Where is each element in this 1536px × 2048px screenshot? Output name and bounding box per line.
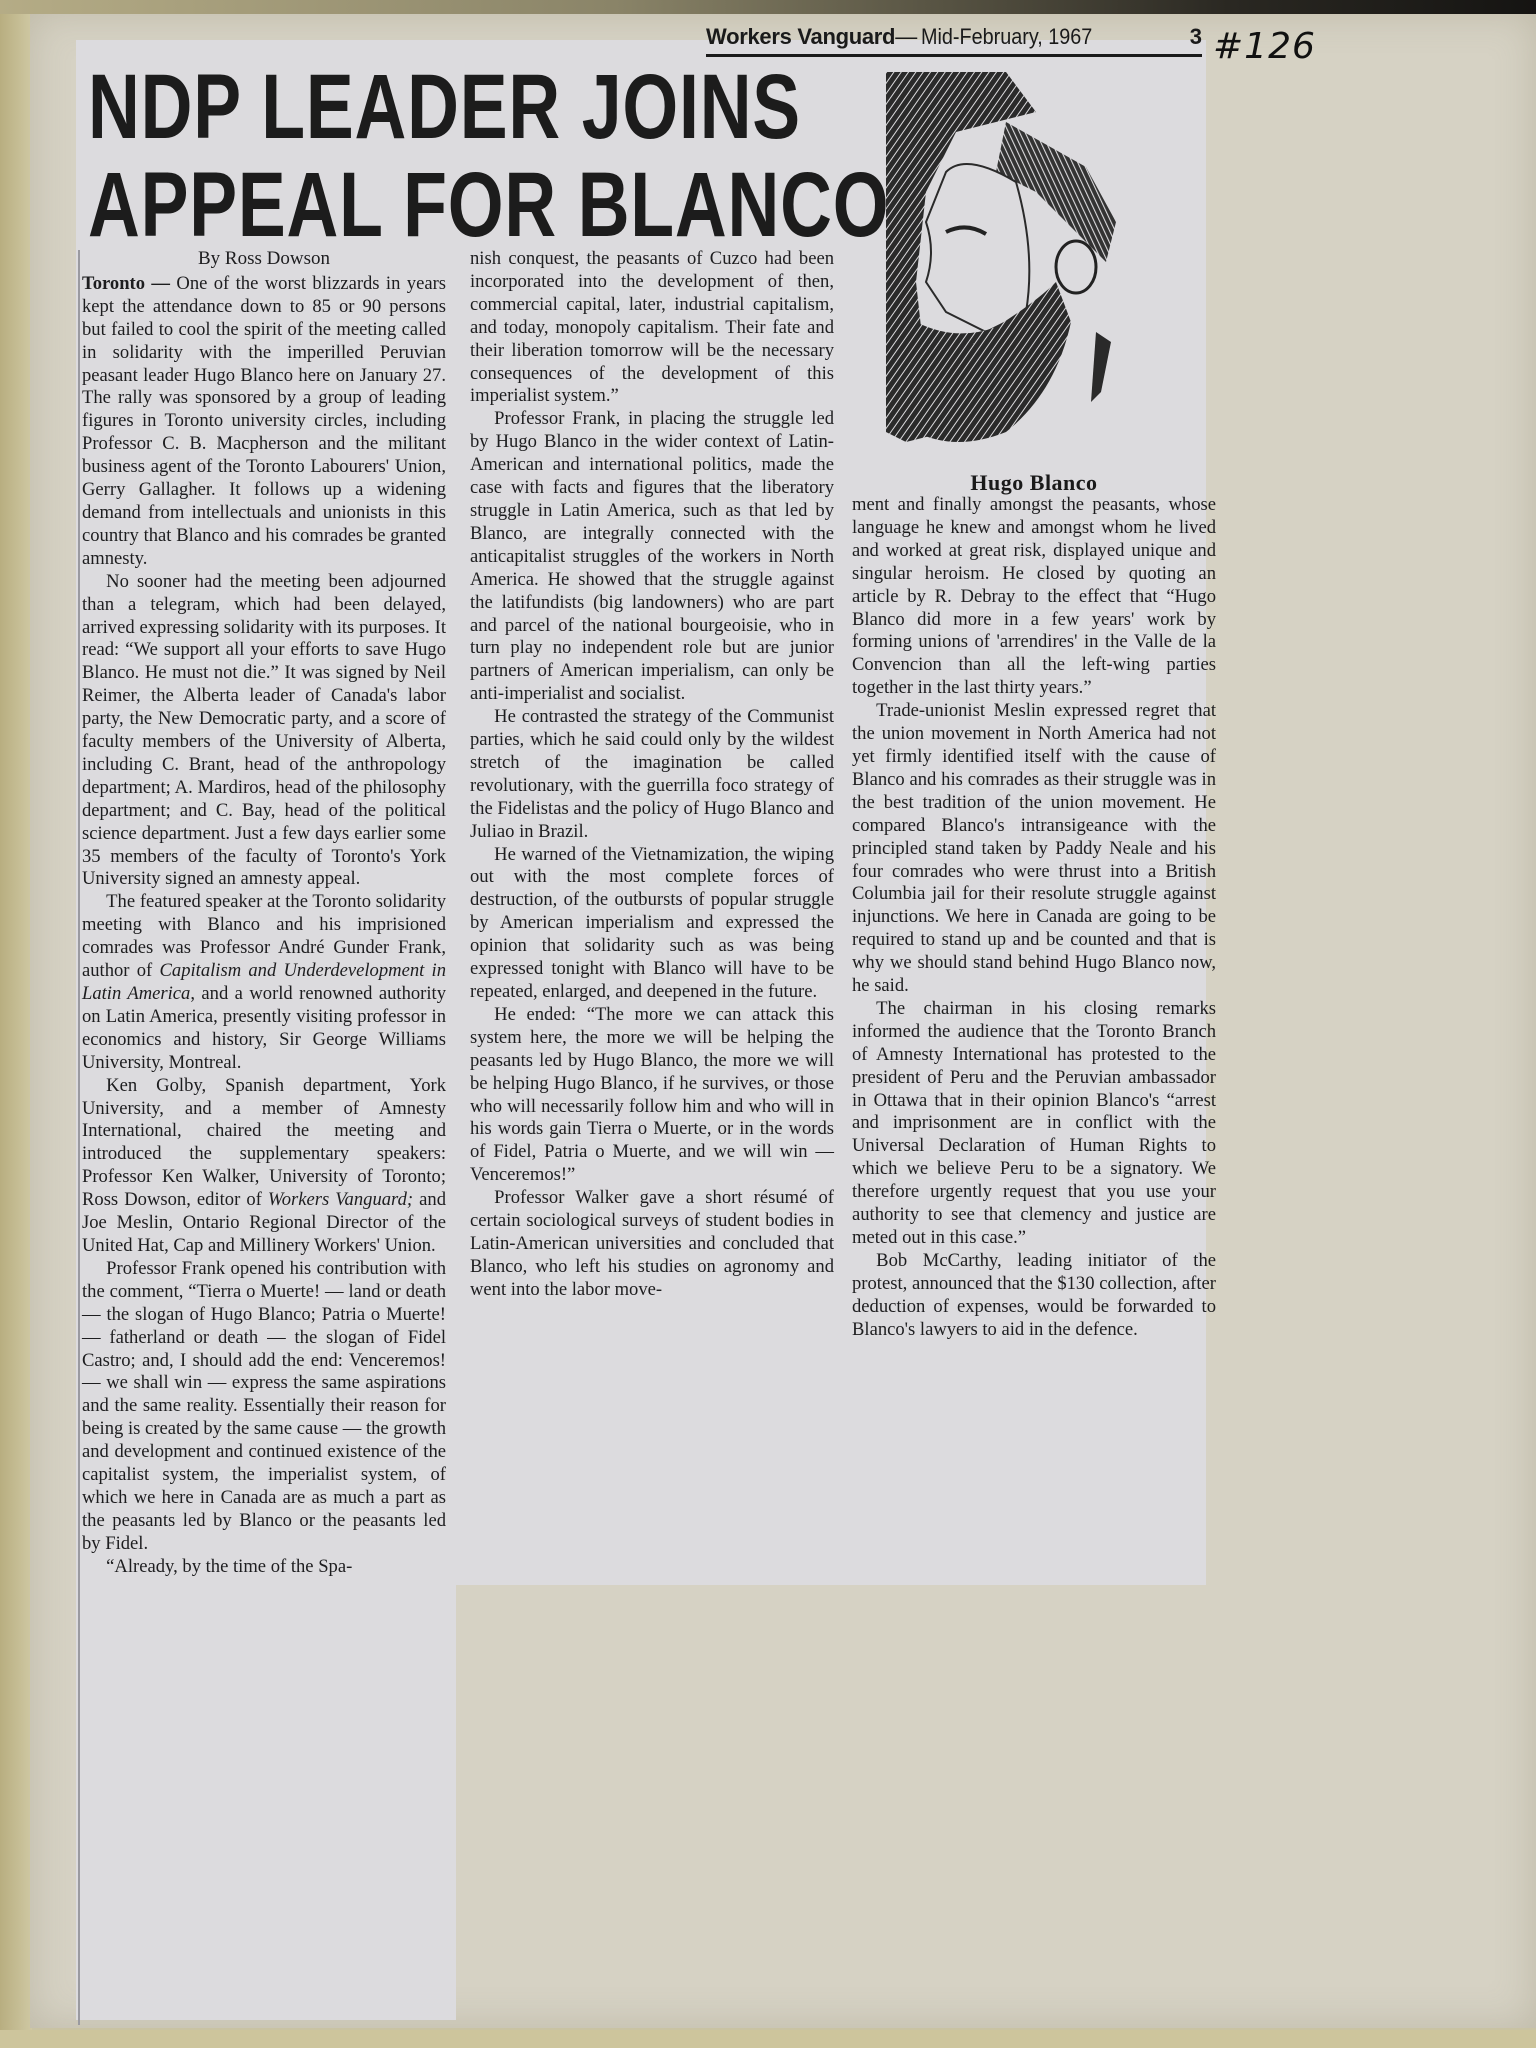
paragraph: The featured speaker at the Toronto soli… xyxy=(82,891,446,1074)
paragraph: He warned of the Vietnamization, the wip… xyxy=(470,844,834,1004)
paragraph: Trade-unionist Meslin expressed regret t… xyxy=(852,700,1216,998)
paragraph: The chairman in his closing remarks info… xyxy=(852,998,1216,1250)
paragraph: “Already, by the time of the Spa- xyxy=(82,1556,446,1579)
paragraph: He ended: “The more we can attack this s… xyxy=(470,1004,834,1187)
paragraph: Bob McCarthy, leading initiator of the p… xyxy=(852,1250,1216,1342)
newspaper-clipping-lower xyxy=(76,1585,456,2020)
paragraph: Professor Frank, in placing the struggle… xyxy=(470,408,834,706)
article-column-3: ment and finally amongst the peasants, w… xyxy=(852,494,1216,1342)
bottom-board-edge xyxy=(0,2030,1536,2048)
portrait-sketch-icon xyxy=(886,72,1130,470)
headline-line-2: APPEAL FOR BLANCO xyxy=(88,156,681,254)
paragraph: Professor Frank opened his contribution … xyxy=(82,1258,446,1556)
paragraph: He contrasted the strategy of the Commun… xyxy=(470,706,834,843)
top-shadow-edge xyxy=(0,0,1536,14)
masthead: Workers Vanguard — Mid-February, 1967 3 xyxy=(706,24,1202,57)
handwritten-annotation: #126 xyxy=(1213,26,1316,67)
dateline: Toronto — xyxy=(82,273,170,294)
masthead-separator: — xyxy=(895,24,917,50)
portrait-photo xyxy=(886,72,1130,470)
article-column-1: By Ross Dowson Toronto — One of the wors… xyxy=(82,248,446,1579)
issue-date: Mid-February, 1967 xyxy=(921,24,1092,50)
clipping-left-edge xyxy=(78,250,80,2025)
headline: NDP LEADER JOINS APPEAL FOR BLANCO xyxy=(88,58,681,254)
byline: By Ross Dowson xyxy=(82,248,446,271)
paragraph: nish conquest, the peasants of Cuzco had… xyxy=(470,248,834,408)
paragraph: Toronto — One of the worst blizzards in … xyxy=(82,273,446,571)
headline-line-1: NDP LEADER JOINS xyxy=(88,58,681,156)
paragraph: Ken Golby, Spanish department, York Univ… xyxy=(82,1075,446,1258)
page-number: 3 xyxy=(1190,24,1202,50)
left-board-edge xyxy=(0,0,32,2048)
publication-title: Workers Vanguard; xyxy=(268,1189,413,1210)
paper-name: Workers Vanguard xyxy=(706,24,895,50)
article-column-2: nish conquest, the peasants of Cuzco had… xyxy=(470,248,834,1302)
paragraph: ment and finally amongst the peasants, w… xyxy=(852,494,1216,700)
paragraph: No sooner had the meeting been adjourned… xyxy=(82,571,446,892)
photo-caption: Hugo Blanco xyxy=(852,470,1216,496)
paragraph: Professor Walker gave a short résumé of … xyxy=(470,1187,834,1302)
